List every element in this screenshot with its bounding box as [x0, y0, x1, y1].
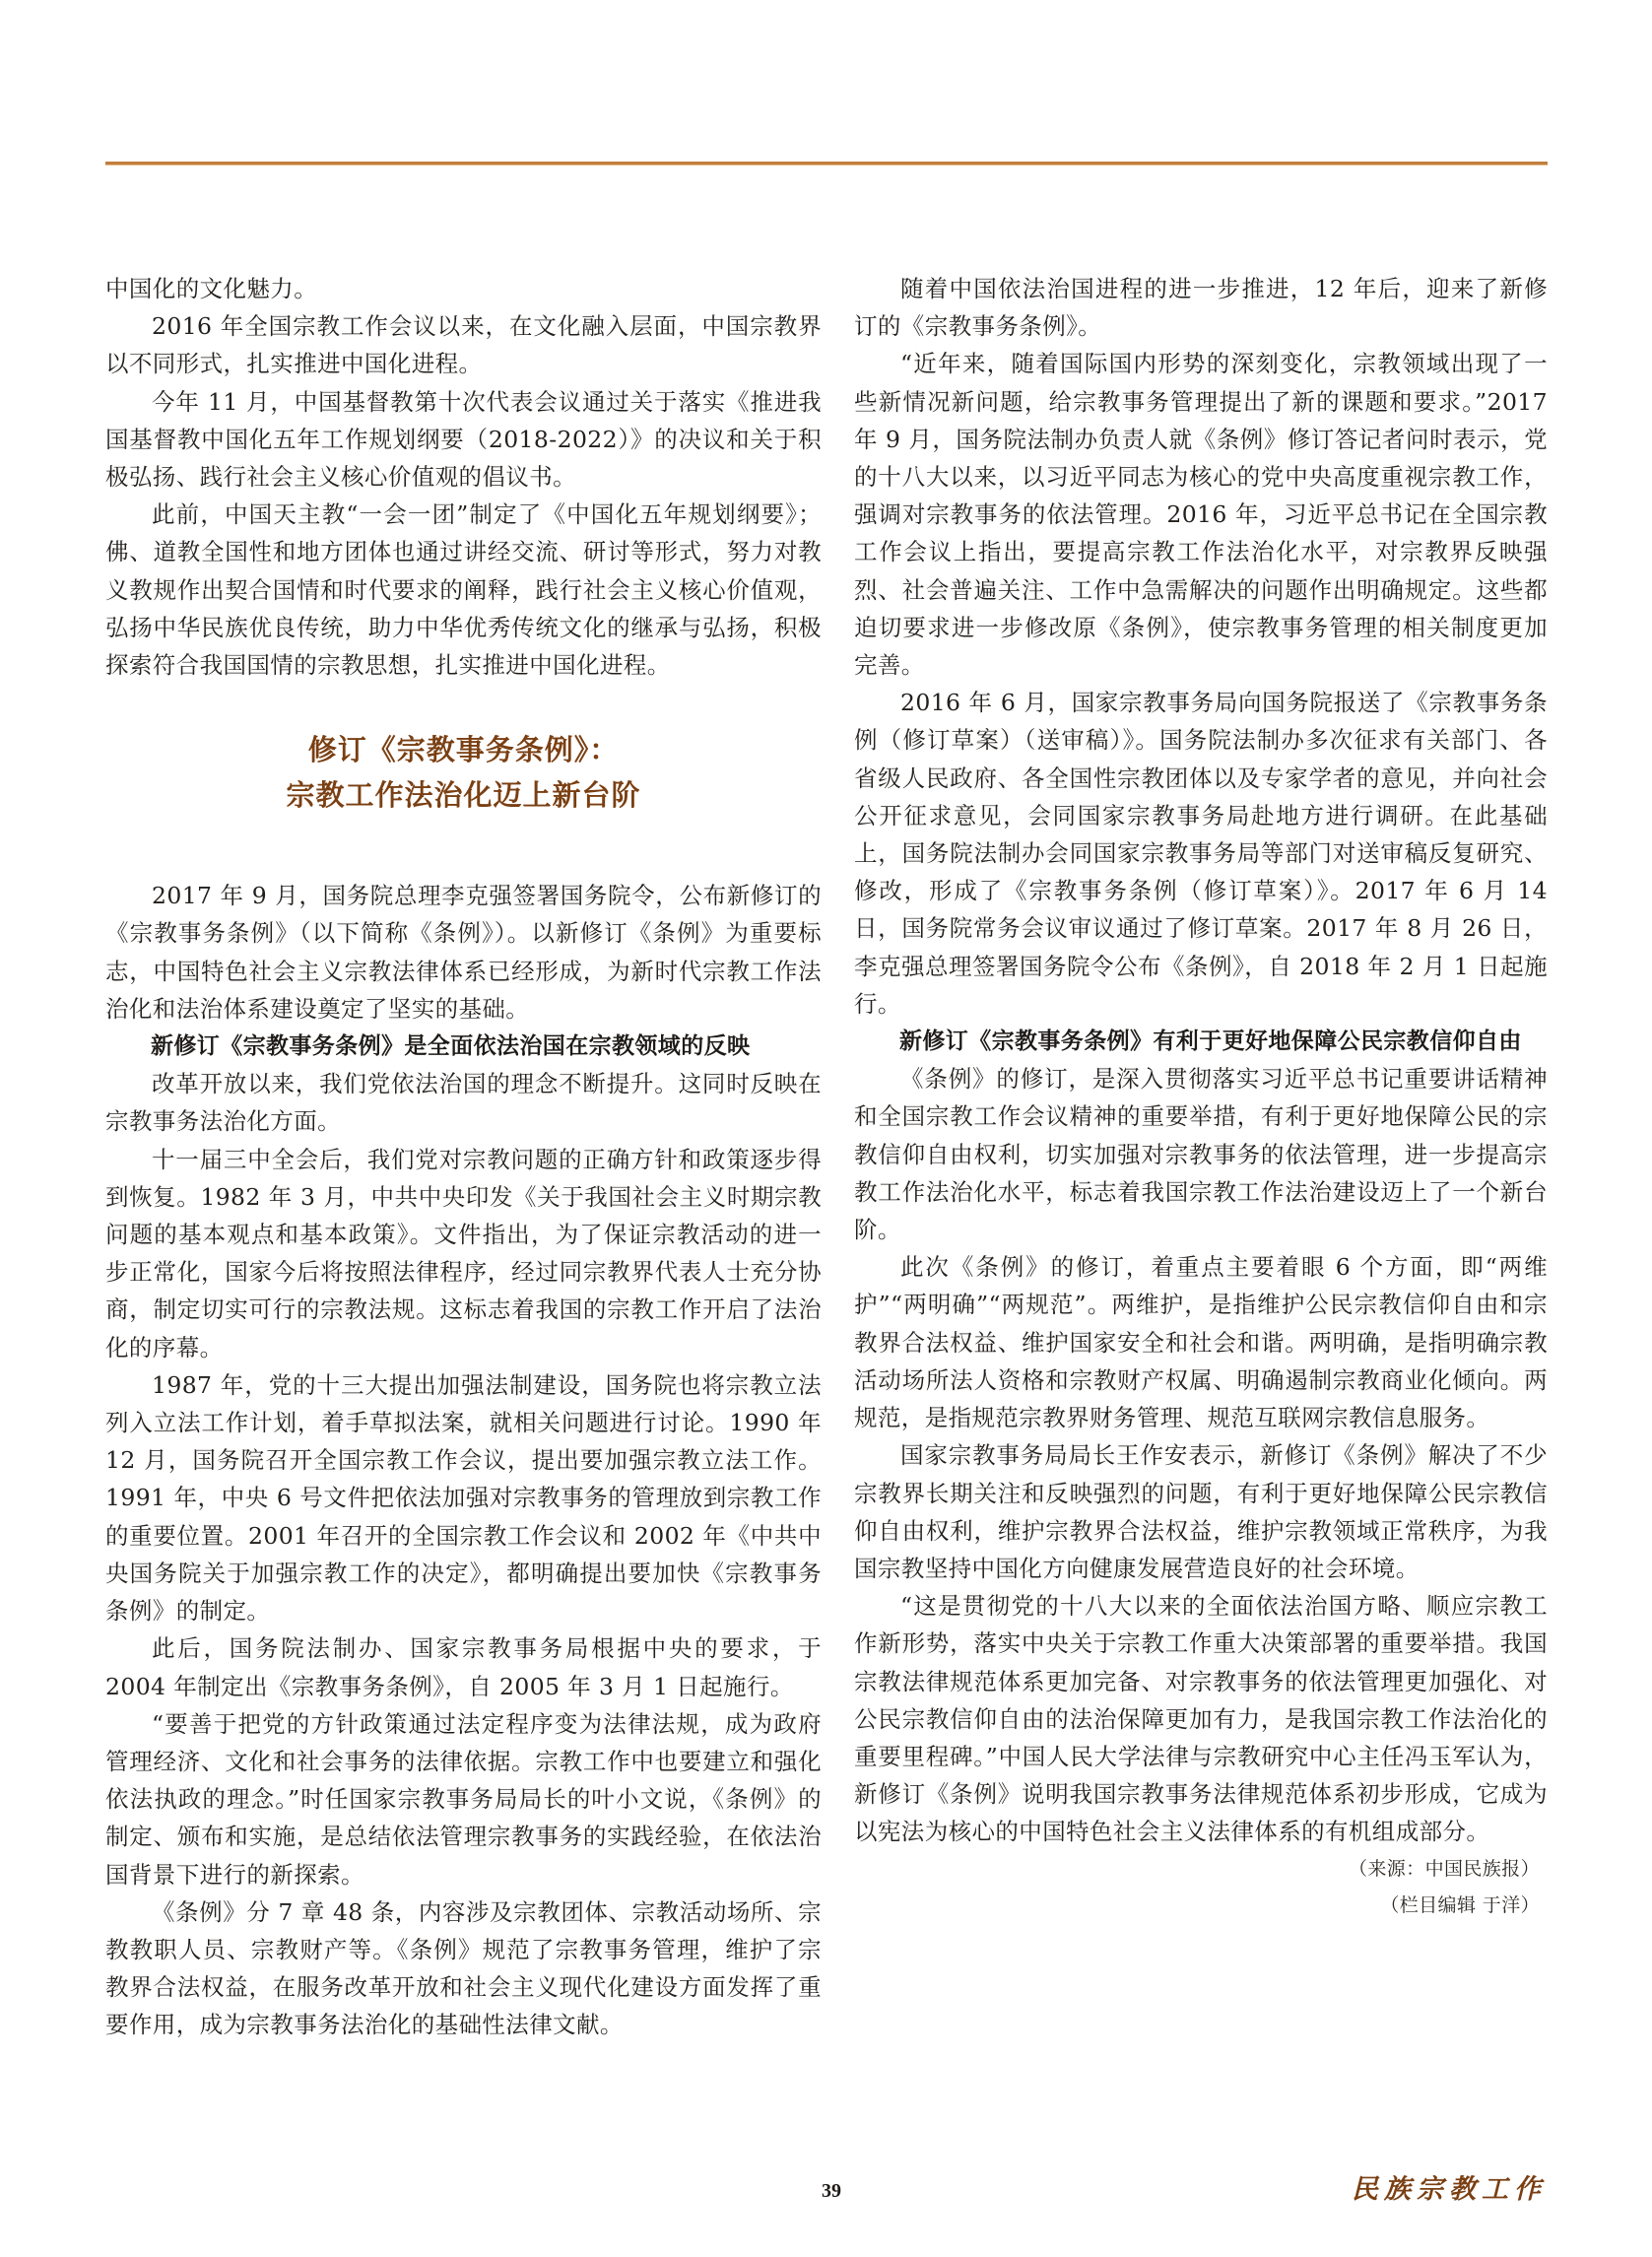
subheading: 新修订《宗教事务条例》有利于更好地保障公民宗教信仰自由 [854, 1023, 1548, 1060]
section-title-line-1: 修订《宗教事务条例》： [105, 727, 822, 772]
left-column: 中国化的文化魅力。 2016 年全国宗教工作会议以来，在文化融入层面，中国宗教界… [105, 270, 822, 2044]
paragraph: 2016 年全国宗教工作会议以来，在文化融入层面，中国宗教界以不同形式，扎实推进… [105, 307, 822, 382]
paragraph: 改革开放以来，我们党依法治国的理念不断提升。这同时反映在宗教事务法治化方面。 [105, 1065, 822, 1140]
journal-logo: 民族宗教工作 [1352, 2167, 1547, 2206]
paragraph: 此次《条例》的修订，着重点主要着眼 6 个方面，即“两维护”“两明确”“两规范”… [854, 1248, 1548, 1436]
section-title-line-2: 宗教工作法治化迈上新台阶 [105, 772, 822, 818]
paragraph: 此后，国务院法制办、国家宗教事务局根据中央的要求，于 2004 年制定出《宗教事… [105, 1629, 822, 1704]
section-title: 修订《宗教事务条例》： 宗教工作法治化迈上新台阶 [105, 727, 822, 818]
paragraph: “这是贯彻党的十八大以来的全面依法治国方略、顺应宗教工作新形势，落实中央关于宗教… [854, 1587, 1548, 1850]
paragraph: 中国化的文化魅力。 [105, 270, 822, 307]
editor-credit: （栏目编辑 于洋） [854, 1888, 1548, 1924]
paragraph: 今年 11 月，中国基督教第十次代表会议通过关于落实《推进我国基督教中国化五年工… [105, 383, 822, 497]
paragraph: 《条例》分 7 章 48 条，内容涉及宗教团体、宗教活动场所、宗教教职人员、宗教… [105, 1893, 822, 2044]
paragraph: “要善于把党的方针政策通过法定程序变为法律法规，成为政府管理经济、文化和社会事务… [105, 1705, 822, 1893]
header-rule [105, 162, 1548, 166]
paragraph: 随着中国依法治国进程的进一步推进，12 年后，迎来了新修订的《宗教事务条例》。 [854, 270, 1548, 345]
paragraph: 2016 年 6 月，国家宗教事务局向国务院报送了《宗教事务条例（修订草案）（送… [854, 684, 1548, 1023]
paragraph: 1987 年，党的十三大提出加强法制建设，国务院也将宗教立法列入立法工作计划，着… [105, 1366, 822, 1629]
page-number: 39 [822, 2180, 841, 2203]
paragraph: 此前，中国天主教“一会一团”制定了《中国化五年规划纲要》；佛、道教全国性和地方团… [105, 496, 822, 684]
source-credit: （来源：中国民族报） [854, 1851, 1548, 1888]
paragraph: “近年来，随着国际国内形势的深刻变化，宗教领域出现了一些新情况新问题，给宗教事务… [854, 345, 1548, 684]
paragraph: 国家宗教事务局局长王作安表示，新修订《条例》解决了不少宗教界长期关注和反映强烈的… [854, 1436, 1548, 1587]
right-column: 随着中国依法治国进程的进一步推进，12 年后，迎来了新修订的《宗教事务条例》。 … [854, 270, 1548, 1924]
paragraph: 2017 年 9 月，国务院总理李克强签署国务院令，公布新修订的《宗教事务条例》… [105, 877, 822, 1028]
subheading: 新修订《宗教事务条例》是全面依法治国在宗教领域的反映 [105, 1028, 822, 1065]
paragraph: 十一届三中全会后，我们党对宗教问题的正确方针和政策逐步得到恢复。1982 年 3… [105, 1141, 822, 1366]
paragraph: 《条例》的修订，是深入贯彻落实习近平总书记重要讲话精神和全国宗教工作会议精神的重… [854, 1060, 1548, 1248]
